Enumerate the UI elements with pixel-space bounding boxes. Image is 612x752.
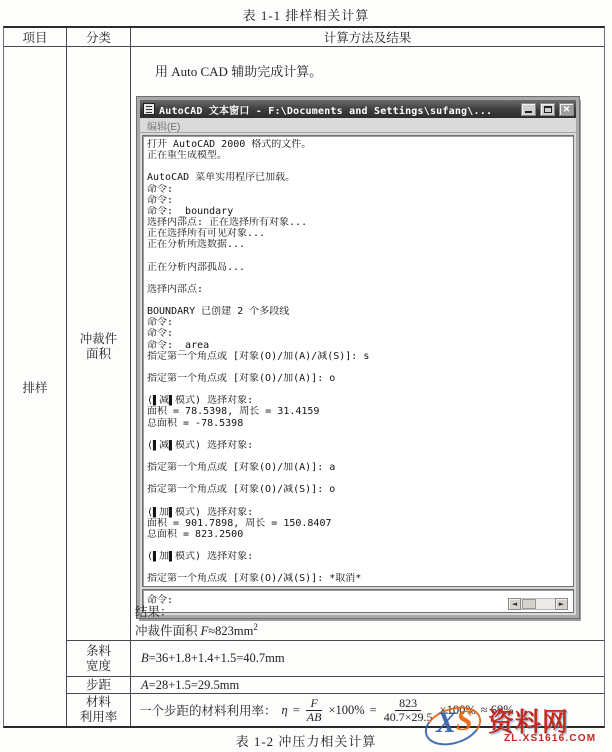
terminal-line: (▌加▌模式) 选择对象: [147,551,573,562]
terminal-line: AutoCAD 菜单实用程序已加载。 [147,172,573,183]
intro-line: 用 Auto CAD 辅助完成计算。 [155,61,604,80]
category-material-utilization: 材料 利用率 [66,693,131,726]
blanking-area-content-cell: 用 Auto CAD 辅助完成计算。 AutoCAD 文本窗口 - F:\Doc… [131,47,604,640]
terminal-line: 选择内部点: [147,284,573,295]
terminal-line [147,161,573,172]
header-project: 项目 [4,28,66,47]
result-label: 结果： [135,605,258,620]
table-1-1-caption: 表 1-1 排样相关计算 [0,5,612,24]
horizontal-scrollbar[interactable]: ◄ ► [508,598,568,610]
terminal-line: 总面积 = 823.2500 [147,529,573,540]
category-pitch: 步距 [66,676,131,693]
terminal-line [147,496,573,507]
terminal-line: 指定第一个角点或 [对象(O)/减(S)]: *取消* [147,573,573,584]
terminal-line: 指定第一个角点或 [对象(O)/加(A)]: a [147,462,573,473]
utilization-formula: 一个步距的材料利用率： η = F AB ×100% = 823 40.7×29… [139,697,514,724]
minimize-button[interactable] [521,103,536,116]
terminal-line: 正在选择所有可见对象... [147,228,573,239]
fraction-F-AB: F AB [305,697,324,724]
terminal-line: BOUNDARY 已创建 2 个多段线 [147,306,573,317]
category-strip-width: 条料 宽度 [66,640,131,676]
scroll-left-icon[interactable]: ◄ [508,598,521,610]
maximize-button[interactable] [540,103,555,116]
variable-B: B [141,651,149,666]
fraction-823: 823 40.7×29.5 [382,697,435,724]
header-category: 分类 [66,28,131,47]
header-method-result: 计算方法及结果 [131,28,604,47]
result-block: 结果： 冲裁件面积 F≈823mm2 [135,605,258,639]
terminal-line [147,273,573,284]
window-titlebar[interactable]: AutoCAD 文本窗口 - F:\Documents and Settings… [140,100,576,118]
variable-A: A [141,678,149,693]
terminal-line [147,384,573,395]
minimize-icon [525,111,532,113]
terminal-line [147,250,573,261]
terminal-line: 正在分析内部孤岛... [147,262,573,273]
window-title: AutoCAD 文本窗口 - F:\Documents and Settings… [159,102,517,117]
scanned-document-page: 表 1-1 排样相关计算 项目 分类 计算方法及结果 排样 冲裁件 面积 用 A… [0,0,612,752]
terminal-line: 正在重生成模型。 [147,150,573,161]
window-menubar: 编辑(E) [140,118,576,133]
scroll-right-icon[interactable]: ► [555,598,568,610]
terminal-line: 总面积 = -78.5398 [147,418,573,429]
terminal-line [147,540,573,551]
terminal-line [147,473,573,484]
maximize-icon [544,106,552,113]
terminal-line: 指定第一个角点或 [对象(O)/加(A)]: o [147,373,573,384]
terminal-line [147,362,573,373]
scrollbar-trough[interactable] [521,598,555,610]
terminal-line: 正在分析所选数据... [147,239,573,250]
close-button[interactable]: ✕ [559,103,574,116]
terminal-line: 打开 AutoCAD 2000 格式的文件。 [147,139,573,150]
terminal-line: 命令: _area [147,340,573,351]
terminal-line: 面积 = 78.5398, 周长 = 31.4159 [147,406,573,417]
superscript-2: 2 [253,622,258,632]
variable-eta: η [282,703,288,718]
project-cell: 排样 [4,47,66,726]
terminal-line: (▌减▌模式) 选择对象: [147,440,573,451]
autocad-text-window-icon [143,103,155,115]
terminal-line: 面积 = 901.7898, 周长 = 150.8407 [147,518,573,529]
terminal-line: 命令: [147,328,573,339]
terminal-line: 命令: [147,184,573,195]
terminal-line: 指定第一个角点或 [对象(O)/减(S)]: o [147,484,573,495]
result-line: 冲裁件面积 F≈823mm2 [135,620,258,639]
calculation-table: 项目 分类 计算方法及结果 排样 冲裁件 面积 用 Auto CAD 辅助完成计… [3,26,605,728]
terminal-line: 命令: [147,317,573,328]
terminal-line: 选择内部点: 正在选择所有对象... [147,217,573,228]
category-blanking-area: 冲裁件 面积 [66,47,131,640]
command-prompt[interactable]: 命令: [147,591,173,606]
formula-label: 一个步距的材料利用率： [139,701,277,719]
terminal-lines: 打开 AutoCAD 2000 格式的文件。正在重生成模型。AutoCAD 菜单… [147,139,573,585]
terminal-line: (▌减▌模式) 选择对象: [147,395,573,406]
terminal-line [147,429,573,440]
menu-edit[interactable]: 编辑(E) [147,118,180,133]
strip-width-content: B=36+1.8+1.4+1.5=40.7mm [131,640,604,676]
terminal-line [147,295,573,306]
terminal-line [147,451,573,462]
pitch-content: A=28+1.5=29.5mm [131,676,604,693]
autocad-text-window: AutoCAD 文本窗口 - F:\Documents and Settings… [137,97,579,618]
terminal-line: 命令: [147,195,573,206]
terminal-line [147,562,573,573]
scrollbar-thumb[interactable] [522,599,536,609]
terminal-line: (▌加▌模式) 选择对象: [147,507,573,518]
terminal-line: 命令: _boundary [147,206,573,217]
terminal-text-area[interactable]: 打开 AutoCAD 2000 格式的文件。正在重生成模型。AutoCAD 菜单… [142,135,574,587]
table-1-2-caption: 表 1-2 冲压力相关计算 [0,731,612,750]
terminal-line: 指定第一个角点或 [对象(O)/加(A)/减(S)]: s [147,351,573,362]
material-utilization-content: 一个步距的材料利用率： η = F AB ×100% = 823 40.7×29… [131,693,604,726]
